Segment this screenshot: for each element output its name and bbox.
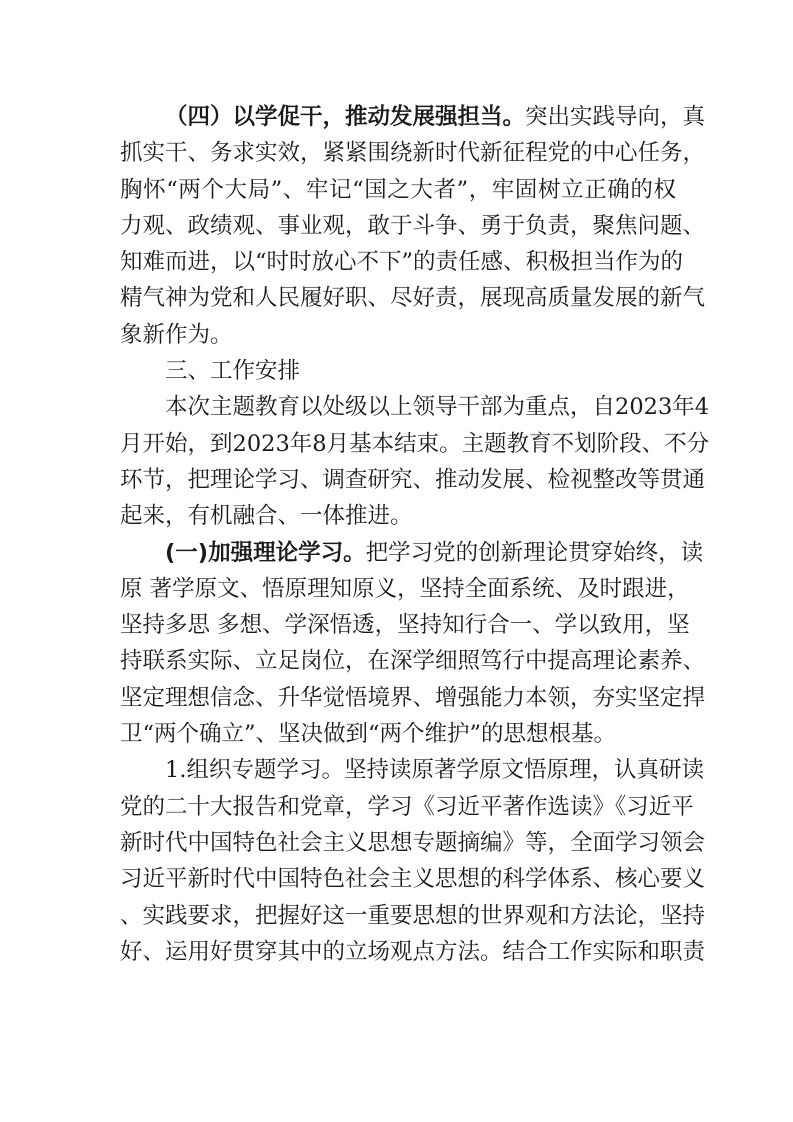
paragraph-line: 胸怀“两个大局”、牢记“国之大者”，牢固树立正确的权 [120,172,676,208]
paragraph-line: 坚持多思 多想、学深悟透，坚持知行合一、学以致用，坚 [120,607,676,643]
paragraph-line: 1.组织专题学习。坚持读原著学原文悟原理，认真研读 [120,752,676,788]
paragraph-line: 原 著学原文、悟原理知原义，坚持全面系统、及时跟进， [120,571,676,607]
paragraph-line: 月开始，到2023年8月基本结束。主题教育不划阶段、不分 [120,426,676,462]
paragraph-line: 本次主题教育以处级以上领导干部为重点，自2023年4 [120,389,676,425]
document-body: （四）以学促干，推动发展强担当。突出实践导向，真 抓实干、务求实效，紧紧围绕新时… [120,99,676,970]
paragraph-line: 抓实干、务求实效，紧紧围绕新时代新征程党的中心任务， [120,135,676,171]
paragraph-line: 卫“两个确立”、坚决做到“两个维护”的思想根基。 [120,716,676,752]
document-page: （四）以学促干，推动发展强担当。突出实践导向，真 抓实干、务求实效，紧紧围绕新时… [0,0,793,1122]
paragraph-line: 力观、政绩观、事业观，敢于斗争、勇于负责，聚焦问题、 [120,208,676,244]
paragraph-line: 象新作为。 [120,317,676,353]
section-three-heading: 三、工作安排 [120,353,676,389]
section-four-text: 突出实践导向，真 [525,104,705,130]
theory-study-heading: (一)加强理论学习。 [165,540,366,566]
paragraph-line: 知难而进，以“时时放心不下”的责任感、积极担当作为的 [120,244,676,280]
paragraph-line: 党的二十大报告和党章，学习《习近平著作选读》《习近平 [120,789,676,825]
paragraph-line: 坚定理想信念、升华觉悟境界、增强能力本领，夯实坚定捍 [120,680,676,716]
theory-study-first-line: (一)加强理论学习。把学习党的创新理论贯穿始终，读 [120,535,676,571]
paragraph-line: 、实践要求，把握好这一重要思想的世界观和方法论，坚持 [120,898,676,934]
paragraph-line: 精气神为党和人民履好职、尽好责，展现高质量发展的新气 [120,280,676,316]
paragraph-line: 好、运用好贯穿其中的立场观点方法。结合工作实际和职责 [120,934,676,970]
paragraph-line: 环节，把理论学习、调查研究、推动发展、检视整改等贯通 [120,462,676,498]
section-four-first-line: （四）以学促干，推动发展强担当。突出实践导向，真 [120,99,676,135]
paragraph-line: 新时代中国特色社会主义思想专题摘编》等，全面学习领会 [120,825,676,861]
paragraph-line: 起来，有机融合、一体推进。 [120,498,676,534]
paragraph-line: 习近平新时代中国特色社会主义思想的科学体系、核心要义 [120,861,676,897]
section-four-heading: （四）以学促干，推动发展强担当。 [165,104,525,130]
theory-study-text: 把学习党的创新理论贯穿始终，读 [366,540,704,566]
paragraph-line: 持联系实际、立足岗位，在深学细照笃行中提高理论素养、 [120,643,676,679]
